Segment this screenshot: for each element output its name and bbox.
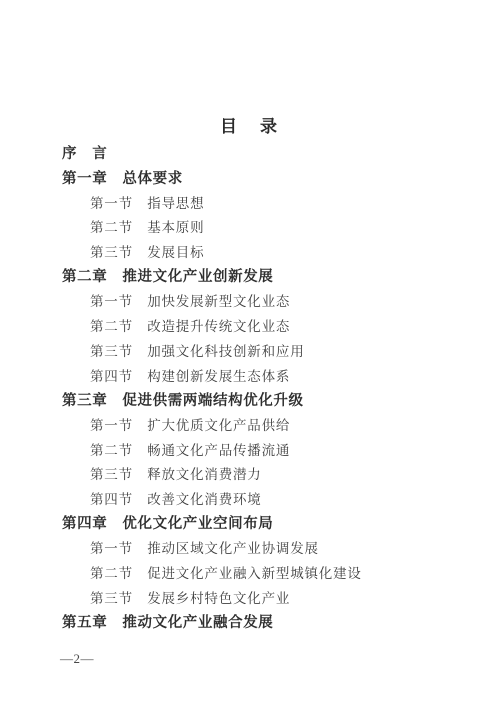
toc-entry: 第四节 改善文化消费环境 [0,486,500,511]
toc-entry: 第二节 改造提升传统文化业态 [0,313,500,338]
toc-entry: 第三节 发展乡村特色文化产业 [0,584,500,609]
toc-entry: 第一节 加快发展新型文化业态 [0,288,500,313]
toc-entry: 第三节 释放文化消费潜力 [0,461,500,486]
toc-entry: 第一节 推动区域文化产业协调发展 [0,535,500,560]
toc-entry: 第一章 总体要求 [0,165,500,190]
page-title: 目 录 [0,112,500,137]
toc-entry: 第四节 构建创新发展生态体系 [0,362,500,387]
toc-entry: 第三章 促进供需两端结构优化升级 [0,387,500,412]
document-page: 目 录 序 言第一章 总体要求第一节 指导思想第二节 基本原则第三节 发展目标第… [0,0,500,707]
toc-entry: 序 言 [0,140,500,165]
toc-entry: 第三节 加强文化科技创新和应用 [0,338,500,363]
toc-entry: 第二节 基本原则 [0,214,500,239]
table-of-contents: 序 言第一章 总体要求第一节 指导思想第二节 基本原则第三节 发展目标第二章 推… [0,140,500,634]
toc-entry: 第二节 畅通文化产品传播流通 [0,436,500,461]
toc-entry: 第四章 优化文化产业空间布局 [0,510,500,535]
page-number: —2— [60,651,94,667]
toc-entry: 第三节 发展目标 [0,239,500,264]
toc-entry: 第五章 推动文化产业融合发展 [0,609,500,634]
toc-entry: 第一节 指导思想 [0,189,500,214]
toc-entry: 第一节 扩大优质文化产品供给 [0,412,500,437]
toc-entry: 第二节 促进文化产业融入新型城镇化建设 [0,560,500,585]
toc-entry: 第二章 推进文化产业创新发展 [0,263,500,288]
